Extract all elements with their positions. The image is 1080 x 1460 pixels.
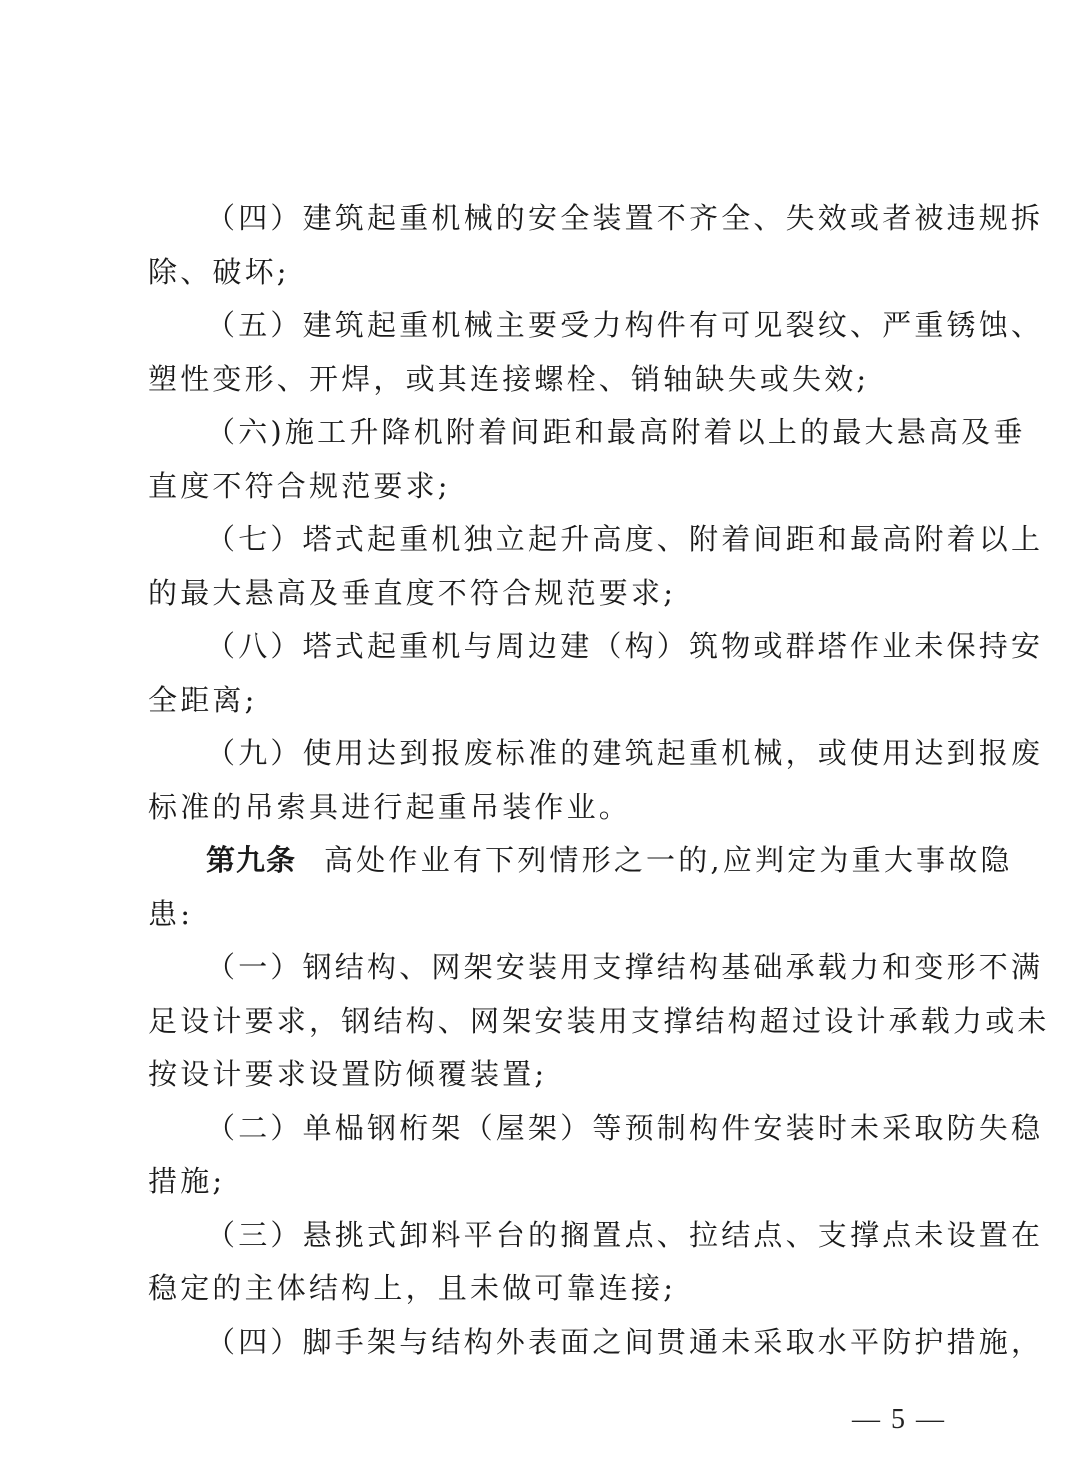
item-4-line-1: （四）脚手架与结构外表面之间贯通未采取水平防护措施， bbox=[148, 1316, 948, 1370]
article-9-line-2: 患: bbox=[148, 888, 948, 942]
clause-9-line-2: 标准的吊索具进行起重吊装作业。 bbox=[148, 781, 948, 835]
item-1-line-3: 按设计要求设置防倾覆装置; bbox=[148, 1048, 948, 1102]
clause-7-line-1: （七）塔式起重机独立起升高度、附着间距和最高附着以上 bbox=[148, 513, 948, 567]
article-9-heading-line: 第九条高处作业有下列情形之一的,应判定为重大事故隐 bbox=[148, 834, 948, 888]
clause-7-line-2: 的最大悬高及垂直度不符合规范要求; bbox=[148, 567, 948, 621]
item-2-line-2: 措施; bbox=[148, 1155, 948, 1209]
clause-4-line-1: （四）建筑起重机械的安全装置不齐全、失效或者被违规拆 bbox=[148, 192, 948, 246]
clause-8-line-2: 全距离; bbox=[148, 674, 948, 728]
page-number: — 5 — bbox=[852, 1404, 946, 1436]
item-1-line-1: （一）钢结构、网架安装用支撑结构基础承载力和变形不满 bbox=[148, 941, 948, 995]
clause-6-line-1: （六)施工升降机附着间距和最高附着以上的最大悬高及垂 bbox=[148, 406, 948, 460]
item-1-line-2: 足设计要求，钢结构、网架安装用支撑结构超过设计承载力或未 bbox=[148, 995, 948, 1049]
item-3-line-1: （三）悬挑式卸料平台的搁置点、拉结点、支撑点未设置在 bbox=[148, 1209, 948, 1263]
document-body: （四）建筑起重机械的安全装置不齐全、失效或者被违规拆 除、破坏; （五）建筑起重… bbox=[148, 192, 948, 1369]
clause-6-line-2: 直度不符合规范要求; bbox=[148, 460, 948, 514]
clause-8-line-1: （八）塔式起重机与周边建（构）筑物或群塔作业未保持安 bbox=[148, 620, 948, 674]
article-heading: 第九条 bbox=[206, 843, 296, 877]
item-3-line-2: 稳定的主体结构上，且未做可靠连接; bbox=[148, 1262, 948, 1316]
article-intro: 高处作业有下列情形之一的,应判定为重大事故隐 bbox=[324, 843, 1013, 877]
clause-5-line-1: （五）建筑起重机械主要受力构件有可见裂纹、严重锈蚀、 bbox=[148, 299, 948, 353]
item-2-line-1: （二）单榀钢桁架（屋架）等预制构件安装时未采取防失稳 bbox=[148, 1102, 948, 1156]
clause-9-line-1: （九）使用达到报废标准的建筑起重机械，或使用达到报废 bbox=[148, 727, 948, 781]
clause-4-line-2: 除、破坏; bbox=[148, 246, 948, 300]
clause-5-line-2: 塑性变形、开焊，或其连接螺栓、销轴缺失或失效; bbox=[148, 353, 948, 407]
